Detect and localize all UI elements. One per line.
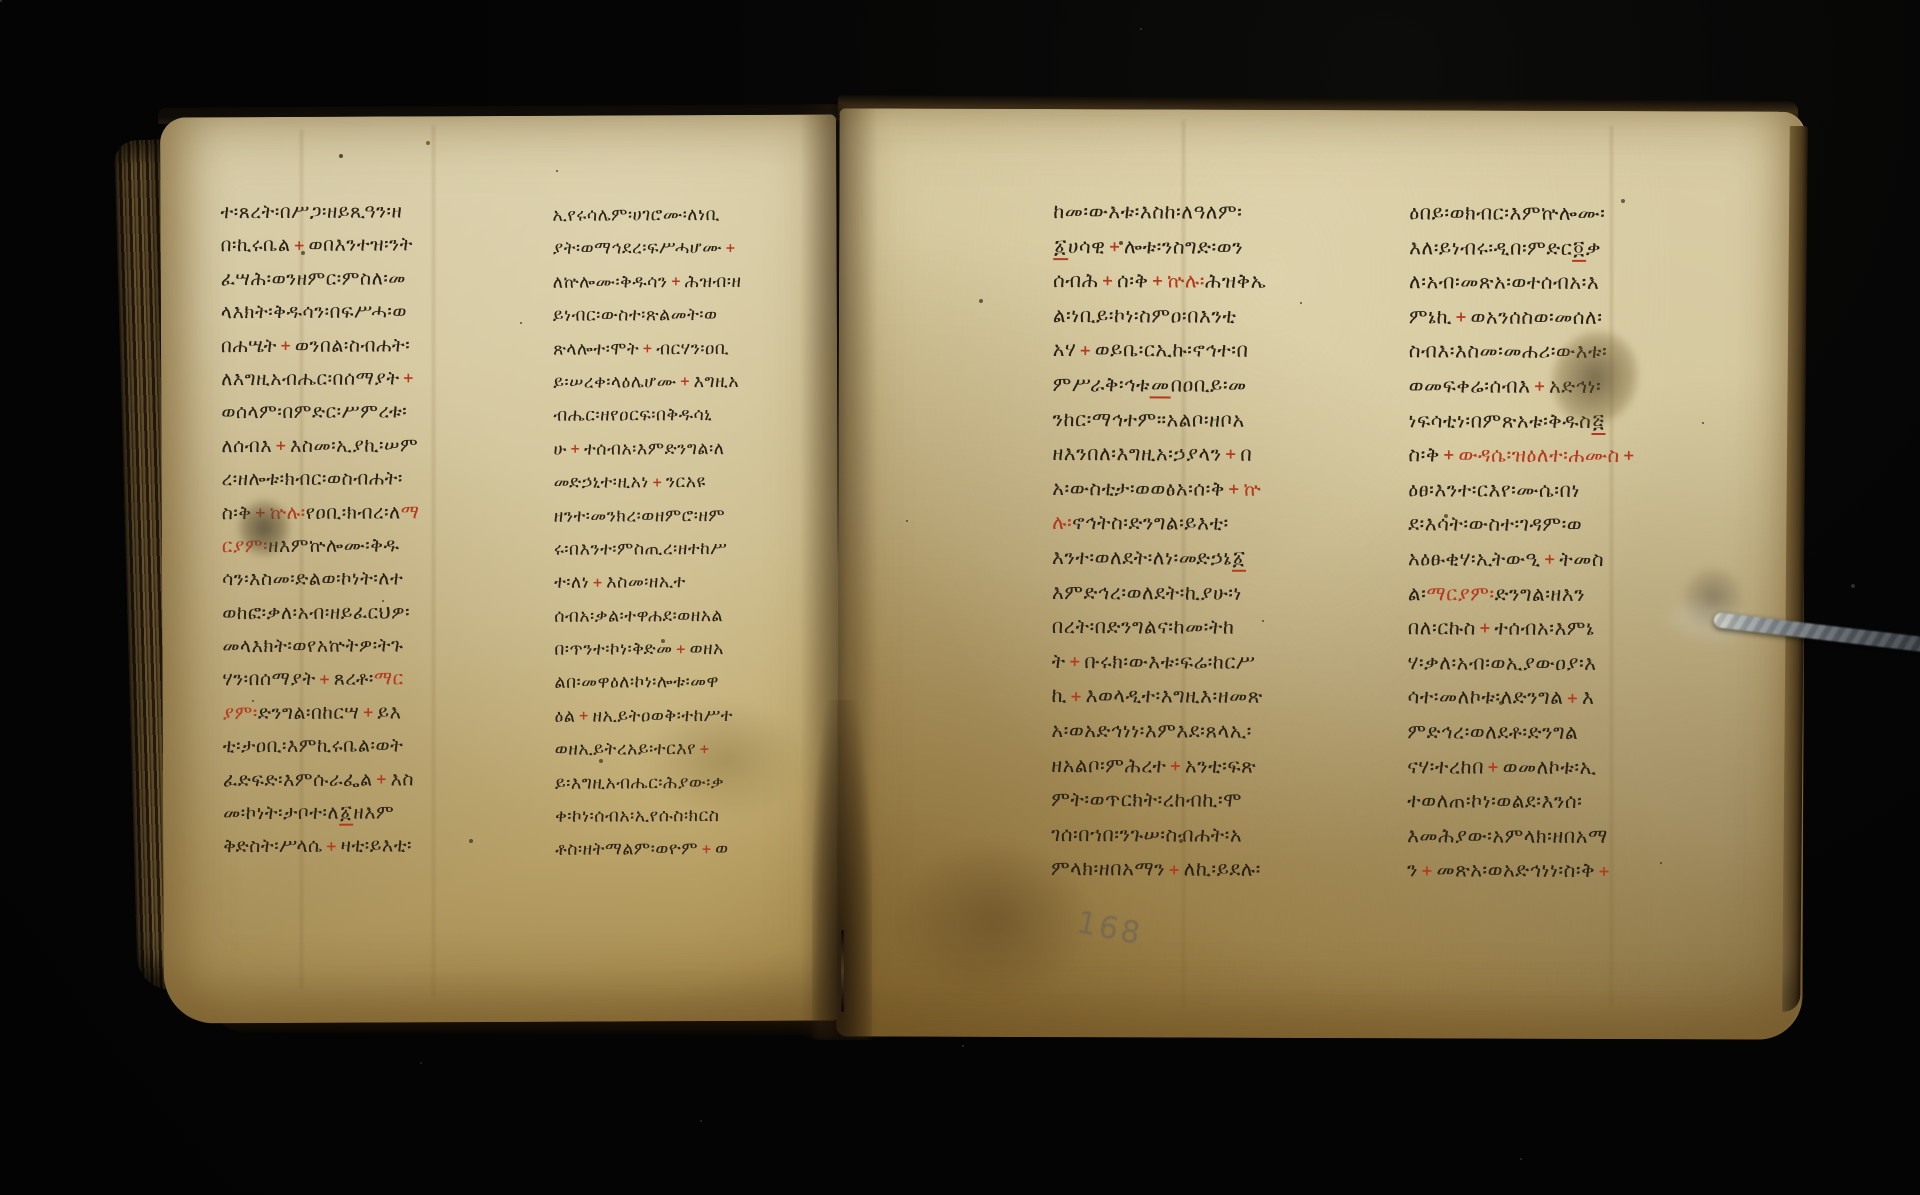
- ink-text: ብሔር፡ዘየዐርፍ፡በቅዱሳኒ: [553, 407, 712, 426]
- ink-text: ስ፡ቅ: [1408, 444, 1439, 466]
- text-line: በሐሤት+ወንበል፡ስብሐት፡: [221, 335, 517, 370]
- text-line: ሰብአ፡ቃል፡ተዋሐደ፡ወዘአል: [554, 607, 800, 641]
- ink-text: ሰብሕ: [1053, 270, 1099, 292]
- text-line: እመሕያው፡አምላክ፡ዘበአማ: [1407, 825, 1731, 861]
- ethiopic-numeral: ፩: [339, 803, 353, 826]
- ink-text: ኪ: [1052, 685, 1068, 707]
- text-line: ለሰብእ+እስመ፡ኢያኪ፡ሠም: [221, 436, 517, 471]
- ink-text: ተወለጠ፡ኮነ፡ወልደ፡እንሰ፡: [1407, 790, 1582, 813]
- ink-text: ቡሩክ፡ውእቱ፡ፍሬ፡ከርሥ: [1084, 651, 1255, 674]
- ink-text: ቶስ፡ዘትማልም፡ወዮም: [555, 841, 698, 860]
- text-line: ሳተ፡መለኮቱ፡ለድንግል+እ: [1407, 687, 1731, 723]
- ink-text: ሁ: [553, 440, 567, 459]
- ink-text: ብርሃን፡ዐቢ: [656, 340, 729, 359]
- ink-text: ያት፡ወማኅደረ፡ፍሥሓሆሙ: [553, 240, 723, 259]
- text-line: ያም፡ድንግል፡በከርሣ+ይእ: [223, 703, 519, 738]
- text-line: ምት፡ወጥርክት፡ረከብኪ፡ሞ: [1051, 789, 1363, 825]
- text-line: ብሔር፡ዘየዐርፍ፡በቅዱሳኒ: [553, 407, 799, 441]
- text-line: ኪ+እወላዲተ፡እግዚእ፡ዘመጽ: [1051, 685, 1363, 721]
- text-line: ሃን፡በሰማያት+ጸረቶ፡ማር: [222, 669, 518, 704]
- text-column-4: ዕበይ፡ወክብር፡እምኵሎሙ፡እለ፡ይነብሩ፡ዲበ፡ምድር፬ቃለ፡አብ፡መጽአ፡…: [1407, 202, 1733, 895]
- rubricated-text: ማር: [374, 669, 404, 690]
- text-line: ልበ፡መዋዕለ፡ኮነ፡ሎቱ፡መዋ: [554, 674, 800, 708]
- ink-text: መላእክት፡ወየአኵትዎ፡ትጉ: [222, 636, 403, 657]
- text-line: መድኃኒተ፡ዚአነ+ንርአዩ: [554, 474, 800, 508]
- ink-text: ዕፀ፡እንተ፡ርእየ፡ሙሴ፡በነ: [1408, 479, 1580, 502]
- red-cross-mark: +: [359, 705, 377, 721]
- red-cross-mark: +: [1541, 552, 1560, 568]
- parchment-specks: [0, 0, 2, 2]
- text-line: ን+መጽአ፡ወአድኅነነ፡ስ፡ቅ+: [1407, 860, 1731, 896]
- ink-text: ን: [1407, 860, 1418, 882]
- text-line: ለኵሎሙ፡ቅዱሳን+ሕዝብ፡ዘ: [553, 273, 799, 307]
- ink-text: በሐሤት: [221, 335, 277, 356]
- ink-text: እግዚአ: [694, 374, 740, 392]
- ink-text: በለ፡ርኩስ: [1408, 617, 1476, 639]
- ink-text: ተ፡ጸረት፡በሥጋ፡ዘይጺዓን፡ዘ: [220, 202, 402, 223]
- text-line: ምሥራቅ፡ኅቱመበዐቢይ፡መ: [1053, 374, 1365, 410]
- ink-text: ፈሣሕ፡ወንዘምር፡ምስለ፡መ: [221, 269, 406, 290]
- text-line: ላእክት፡ቅዱሳን፡በፍሥሓ፡ወ: [221, 302, 517, 337]
- ink-text: ላእክት፡ቅዱሳን፡በፍሥሓ፡ወ: [221, 302, 407, 323]
- text-line: ሩ፡በእንተ፡ምስጢረ፡ዘተከሥ: [554, 541, 800, 575]
- red-cross-mark: +: [722, 240, 739, 255]
- red-cross-mark: +: [400, 371, 418, 387]
- text-line: ተ፡ጸረት፡በሥጋ፡ዘይጺዓን፡ዘ: [220, 202, 516, 237]
- ink-text: ድንግል፡በከርሣ: [258, 703, 360, 724]
- red-cross-mark: +: [1484, 759, 1503, 775]
- ink-text: ለ፡አብ፡መጽአ፡ወተሰብአ፡እ: [1409, 271, 1599, 294]
- parchment-crease: [300, 130, 303, 990]
- ink-text: ወዘአ: [690, 641, 724, 659]
- ink-text: ወሰላም፡በምድር፡ሥምረቱ፡: [221, 402, 407, 423]
- ink-text: ቲ፡ታዐቢ፡እምኪሩቤል፡ወት: [223, 736, 404, 757]
- ink-text: ዛቲ፡ይእቲ፡: [341, 836, 413, 857]
- ink-text: ል፡: [1408, 583, 1426, 605]
- red-cross-mark: +: [1165, 862, 1184, 878]
- parchment-crease: [1182, 120, 1185, 1010]
- red-cross-mark: +: [1476, 621, 1495, 637]
- red-cross-mark: +: [1066, 654, 1085, 670]
- ink-text: አንቲ፡ፍጽ: [1185, 755, 1256, 778]
- red-cross-mark: +: [575, 708, 592, 723]
- red-cross-mark: +: [677, 374, 694, 389]
- ink-text: ጸረቶ፡: [334, 669, 374, 690]
- rubricated-text: ያም፡: [223, 703, 258, 724]
- ink-text: በ: [1240, 443, 1252, 466]
- rubricated-text: ሉ፡: [1052, 512, 1072, 534]
- text-line: ያት፡ወማኅደረ፡ፍሥሓሆሙ+: [553, 240, 799, 274]
- ink-text: ናሃ፡ተረከበ: [1407, 756, 1484, 778]
- text-line: ከመ፡ውእቱ፡እስከ፡ለዓለም፡: [1053, 201, 1365, 237]
- ink-text: በ፡ኪሩቤል: [221, 235, 291, 256]
- text-line: ለ፡አብ፡መጽአ፡ወተሰብአ፡እ: [1409, 271, 1733, 307]
- text-line: ተ፡ለነ+እስመ፡ዘኢተ: [554, 574, 800, 608]
- ink-text: ንርአዩ: [666, 474, 706, 493]
- text-line: ወከፎ፡ቃለ፡አብ፡ዘይፈርህዎ፡: [222, 603, 518, 638]
- text-line: ዕፀ፡እንተ፡ርእየ፡ሙሴ፡በነ: [1408, 479, 1732, 515]
- ink-text: ለሰብእ: [221, 436, 272, 457]
- ink-text: ሩ፡በእንተ፡ምስጢረ፡ዘተከሥ: [554, 541, 728, 560]
- ink-text: እስመ፡ኢያኪ፡ሠም: [290, 436, 418, 457]
- text-line: ሳን፡እስመ፡ድልወ፡ኮነት፡ለተ: [222, 569, 518, 604]
- red-cross-mark: +: [649, 474, 666, 489]
- text-line: ቲ፡ታዐቢ፡እምኪሩቤል፡ወት: [223, 736, 519, 771]
- ink-text: መጽአ፡ወአድኅነነ፡ስ፡ቅ: [1436, 860, 1595, 883]
- ink-text: አሃ: [1053, 339, 1077, 361]
- text-line: በ፡ጥንተ፡ኮነ፡ቅድመ+ወዘአ: [554, 641, 800, 675]
- ink-text: ዘንተ፡መንክረ፡ወዘምሮ፡ዘም: [554, 507, 726, 526]
- ink-text: ይ፡ሠረቀ፡ላዕሌሆሙ: [553, 374, 676, 393]
- text-line: ገሰ፡በኀበ፡ንጉሠ፡ስብሐት፡አ: [1051, 824, 1363, 860]
- red-cross-mark: +: [1098, 274, 1117, 290]
- ink-text: ረ፡ዘሎቱ፡ክብር፡ወስብሐት፡: [222, 469, 403, 490]
- red-cross-mark: +: [639, 340, 656, 355]
- red-cross-mark: +: [272, 438, 290, 454]
- ink-text: ትመስ: [1559, 548, 1604, 571]
- text-line: ቅድስት፡ሥላሴ+ዛቲ፡ይእቲ፡: [223, 836, 519, 871]
- ink-text: ሰብአ፡ቃል፡ተዋሐደ፡ወዘአል: [554, 607, 723, 626]
- text-line: ሃ፡ቃለ፡አብ፡ወኢያውዐያ፡እ: [1408, 652, 1732, 688]
- ink-text: ወከፎ፡ቃለ፡አብ፡ዘይፈርህዎ፡: [222, 603, 410, 624]
- text-line: ይነብር፡ውስተ፡ጽልመት፡ወ: [553, 307, 799, 341]
- red-cross-mark: +: [698, 841, 715, 856]
- ink-text: ወመፍቀሬ፡ሰብእ: [1409, 375, 1531, 397]
- ink-text: አ፡ወአድኅነነ፡እምእደ፡ጸላኢ፡: [1051, 720, 1252, 743]
- ink-text: መድኃኒተ፡ዚአነ: [554, 474, 649, 493]
- rubricated-text: ኵ: [1243, 478, 1261, 501]
- text-line: አሃ+ወይቤ፡ርኢኩ፡ኖኅተ፡በ: [1053, 339, 1365, 375]
- ink-text: ኖኅትስ፡ድንግል፡ይእቲ፡: [1072, 512, 1229, 535]
- red-cross-mark: +: [277, 338, 295, 354]
- text-line: በረት፡በድንግልና፡ከመ፡ትከ: [1052, 616, 1364, 652]
- ink-text: ምት፡ወጥርክት፡ረከብኪ፡ሞ: [1051, 789, 1242, 812]
- rubricated-text: ማ: [401, 502, 420, 523]
- text-line: ተወለጠ፡ኮነ፡ወልደ፡እንሰ፡: [1407, 790, 1731, 826]
- text-line: ዘንተ፡መንክረ፡ወዘምሮ፡ዘም: [554, 507, 800, 541]
- red-cross-mark: +: [373, 771, 391, 787]
- ink-text: ለእግዚአብሔር፡በሰማያት: [221, 369, 400, 390]
- ink-text: ንከር፡ማኅተም።አልቦ፡ዘቦአ: [1052, 409, 1244, 432]
- text-line: ፈሣሕ፡ወንዘምር፡ምስለ፡መ: [221, 269, 517, 304]
- ink-text: አዕፁቂሃ፡ኢትውዒ: [1408, 548, 1541, 570]
- ink-text: መ፡ኮነት፡ታቦተ፡ለ: [223, 803, 339, 824]
- ink-text: ይነብር፡ውስተ፡ጽልመት፡ወ: [553, 307, 718, 326]
- text-line: ዘእንበለ፡እግዚአ፡ኃያላን+በ: [1052, 443, 1364, 479]
- text-line: ኢየሩሳሌም፡ሀገሮሙ፡ለነቢ: [552, 207, 798, 241]
- red-cross-mark: +: [1563, 690, 1582, 706]
- ink-text: ፈድፍድ፡እምሱራፌል: [223, 770, 373, 791]
- ethiopic-numeral: ፩: [1232, 547, 1247, 572]
- ink-text: ዕበይ፡ወክብር፡እምኵሎሙ፡: [1409, 202, 1605, 225]
- text-line: መ፡ኮነት፡ታቦተ፡ለ፩ዘእም: [223, 803, 519, 838]
- ink-text: ጽላሎተ፡ሞት: [553, 340, 639, 359]
- red-cross-mark: +: [1530, 379, 1549, 395]
- ink-stain: [238, 500, 290, 556]
- ink-text: የዐቢ፡ክብረ፡ለ: [306, 502, 401, 523]
- text-line: ረ፡ዘሎቱ፡ክብር፡ወስብሐት፡: [222, 469, 518, 504]
- text-line: መላእክት፡ወየአኵትዎ፡ትጉ: [222, 636, 518, 671]
- ink-text: ዘአልቦ፡ምሕረተ: [1051, 755, 1166, 777]
- parchment-stain: [640, 700, 810, 820]
- text-line: ይ፡ሠረቀ፡ላዕሌሆሙ+እግዚአ: [553, 374, 799, 408]
- rubricated-text: ማርያም፡: [1426, 583, 1494, 605]
- ink-text: ይእ: [377, 703, 401, 724]
- text-line: ስ፡ቅ+ውዳሴ፡ዝዕለተ፡ሐሙስ+: [1408, 444, 1732, 480]
- red-cross-mark: +: [1067, 689, 1086, 705]
- ink-text: ቃ: [1586, 237, 1601, 260]
- red-cross-mark: +: [1452, 310, 1471, 326]
- text-line: ሁ+ተሰብአ፡እምድንግል፡ለ: [553, 440, 799, 474]
- ink-text: ሕዝቅኤ: [1205, 270, 1266, 293]
- ink-text: በረት፡በድንግልና፡ከመ፡ትከ: [1052, 616, 1235, 639]
- red-cross-mark: +: [1620, 448, 1639, 464]
- text-line: ሉ፡ኖኅትስ፡ድንግል፡ይእቲ፡: [1052, 512, 1364, 548]
- ink-text: ምኔኪ: [1409, 306, 1452, 328]
- rubricated-text: ኵሉ፡: [1167, 270, 1205, 293]
- text-line: ሰብሕ+ሰ፡ቅ+ኵሉ፡ሕዝቅኤ: [1053, 270, 1365, 306]
- binding-stitch: [841, 930, 844, 1012]
- red-cross-mark: +: [668, 273, 685, 288]
- ink-text: ተሰብአ፡እምድንግል፡ለ: [584, 440, 725, 459]
- ink-text: እወላዲተ፡እግዚእ፡ዘመጽ: [1086, 685, 1263, 708]
- text-line: ወሰላም፡በምድር፡ሥምረቱ፡: [221, 402, 517, 437]
- ink-text: ሳን፡እስመ፡ድልወ፡ኮነት፡ለተ: [222, 569, 403, 590]
- red-cross-mark: +: [672, 641, 689, 656]
- ink-text: ሳተ፡መለኮቱ፡ለድንግል: [1408, 687, 1564, 710]
- ink-text: በ፡ጥንተ፡ኮነ፡ቅድመ: [554, 641, 672, 660]
- ink-text: እንተ፡ወለደት፡ለነ፡መድኃኔ: [1052, 547, 1232, 570]
- red-cross-mark: +: [1222, 447, 1241, 463]
- ink-text: ሃ፡ቃለ፡አብ፡ወኢያውዐያ፡እ: [1408, 652, 1597, 675]
- text-line: እምድኅረ፡ወለደት፡ኪያሁ፡ነ: [1052, 582, 1364, 618]
- text-line: ንከር፡ማኅተም።አልቦ፡ዘቦአ: [1052, 409, 1364, 445]
- text-line: ምኔኪ+ወአንሰስወ፡መሰለ፡: [1409, 306, 1733, 342]
- ethiopic-numeral: መ: [1150, 374, 1171, 398]
- ink-text: እ: [1582, 687, 1594, 710]
- text-line: አዕፁቂሃ፡ኢትውዒ+ትመስ: [1408, 548, 1732, 584]
- ink-text: ዘእንበለ፡እግዚአ፡ኃያላን: [1052, 443, 1221, 466]
- ink-text: ወአንሰስወ፡መሰለ፡: [1471, 306, 1603, 329]
- ink-text: ወመለኮቱ፡ኢ: [1503, 756, 1597, 779]
- ink-text: ምድኅረ፡ወለደቶ፡ድንግል: [1407, 721, 1578, 744]
- text-line: ምላክ፡ዘበአማን+ለኪ፡ይደሉ፡: [1051, 858, 1363, 894]
- ink-text: ል፡ነቢይ፡ኮነ፡ስምዐ፡በእንቲ: [1053, 305, 1237, 328]
- ethiopic-numeral: ፩: [1053, 236, 1068, 260]
- ink-text: እስመ፡ዘኢተ: [606, 574, 686, 593]
- ink-text: ት: [1052, 651, 1066, 673]
- red-cross-mark: +: [1225, 482, 1244, 498]
- ink-text: ኢየሩሳሌም፡ሀገሮሙ፡ለነቢ: [552, 207, 719, 226]
- text-column-3: ከመ፡ውእቱ፡እስከ፡ለዓለም፡፩ሀሳዊ+ሎቱ፡ንስግድ፡ወንሰብሕ+ሰ፡ቅ+ኵ…: [1051, 201, 1365, 894]
- text-line: ቶስ፡ዘትማልም፡ወዮም+ወ: [555, 841, 801, 875]
- ink-text: እመሕያው፡አምላክ፡ዘበአማ: [1407, 825, 1608, 848]
- ink-text: ሀሳዊ: [1068, 236, 1106, 258]
- ink-text: ከመ፡ውእቱ፡እስከ፡ለዓለም፡: [1053, 201, 1242, 224]
- text-line: ምድኅረ፡ወለደቶ፡ድንግል: [1407, 721, 1731, 757]
- parchment-stain: [900, 840, 1090, 1000]
- ink-text: ወበእንተዝ፡ንት: [308, 235, 413, 256]
- text-line: ዘአልቦ፡ምሕረተ+አንቲ፡ፍጽ: [1051, 755, 1363, 791]
- ink-text: ድንግል፡ዘእን: [1495, 583, 1586, 606]
- red-cross-mark: +: [1105, 239, 1124, 255]
- text-line: ናሃ፡ተረከበ+ወመለኮቱ፡ኢ: [1407, 756, 1731, 792]
- ink-text: አ፡ውስቲታ፡ወወፅአ፡ሰ፡ቅ: [1052, 478, 1225, 501]
- red-cross-mark: +: [589, 574, 606, 589]
- ink-text: ዘእም: [353, 803, 394, 824]
- left-page: ተ፡ጸረት፡በሥጋ፡ዘይጺዓን፡ዘበ፡ኪሩቤል+ወበእንተዝ፡ንትፈሣሕ፡ወንዘ…: [160, 115, 840, 1024]
- text-line: እንተ፡ወለደት፡ለነ፡መድኃኔ፩: [1052, 547, 1364, 583]
- text-line: ት+ቡሩክ፡ውእቱ፡ፍሬ፡ከርሥ: [1052, 651, 1364, 687]
- ink-text: ደ፡እሳት፡ውስተ፡ገዳም፡ወ: [1408, 514, 1582, 537]
- ink-text: እለ፡ይነብሩ፡ዲበ፡ምድር: [1409, 237, 1572, 260]
- parchment-crease: [1610, 126, 1613, 1006]
- text-line: ፩ሀሳዊ+ሎቱ፡ንስግድ፡ወን: [1053, 236, 1365, 272]
- parchment-crease: [432, 126, 435, 996]
- ink-text: ዕል: [555, 708, 576, 727]
- ink-text: ገሰ፡በኀበ፡ንጉሠ፡ስብሐት፡አ: [1051, 824, 1242, 847]
- ink-text: ለኪ፡ይደሉ፡: [1184, 858, 1261, 881]
- ink-text: ሰ፡ቅ: [1117, 270, 1148, 292]
- ink-text: ወይቤ፡ርኢኩ፡ኖኅተ፡በ: [1095, 339, 1249, 362]
- text-line: ል፡ነቢይ፡ኮነ፡ስምዐ፡በእንቲ: [1053, 305, 1365, 341]
- ink-text: ወ: [715, 841, 729, 859]
- red-cross-mark: +: [567, 441, 584, 456]
- text-line: በ፡ኪሩቤል+ወበእንተዝ፡ንት: [221, 235, 517, 270]
- text-line: ፈድፍድ፡እምሱራፌል+እስ: [223, 770, 519, 805]
- red-cross-mark: +: [1418, 863, 1437, 879]
- ink-text: ሕዝብ፡ዘ: [685, 273, 742, 291]
- red-cross-mark: +: [1440, 448, 1459, 464]
- ink-text: ተሰብአ፡እምኔ: [1494, 617, 1594, 640]
- text-line: ለእግዚአብሔር፡በሰማያት+: [221, 369, 517, 404]
- ink-text: እምድኅረ፡ወለደት፡ኪያሁ፡ነ: [1052, 582, 1242, 605]
- text-line: ጽላሎተ፡ሞት+ብርሃን፡ዐቢ: [553, 340, 799, 374]
- ink-text: ልበ፡መዋዕለ፡ኮነ፡ሎቱ፡መዋ: [554, 674, 719, 693]
- red-cross-mark: +: [1148, 274, 1167, 290]
- ink-text: ለኵሎሙ፡ቅዱሳን: [553, 273, 668, 292]
- text-line: ዕበይ፡ወክብር፡እምኵሎሙ፡: [1409, 202, 1733, 238]
- red-cross-mark: +: [1076, 343, 1095, 359]
- text-line: አ፡ወአድኅነነ፡እምእደ፡ጸላኢ፡: [1051, 720, 1363, 756]
- text-line: ደ፡እሳት፡ውስተ፡ገዳም፡ወ: [1408, 514, 1732, 550]
- rubricated-text: ውዳሴ፡ዝዕለተ፡ሐሙስ: [1458, 444, 1619, 467]
- ink-text: ተ፡ለነ: [554, 574, 589, 593]
- ethiopic-numeral: ፬: [1572, 237, 1586, 262]
- ink-text: እስ: [391, 770, 415, 791]
- ink-text: ምሥራቅ፡ኅቱ: [1053, 374, 1150, 396]
- ink-text: ወንበል፡ስብሐት፡: [295, 335, 410, 356]
- text-line: አ፡ውስቲታ፡ወወፅአ፡ሰ፡ቅ+ኵ: [1052, 478, 1364, 514]
- ink-text: ቅድስት፡ሥላሴ: [223, 836, 322, 857]
- text-line: እለ፡ይነብሩ፡ዲበ፡ምድር፬ቃ: [1409, 237, 1733, 273]
- red-cross-mark: +: [323, 838, 341, 854]
- red-cross-mark: +: [316, 672, 334, 688]
